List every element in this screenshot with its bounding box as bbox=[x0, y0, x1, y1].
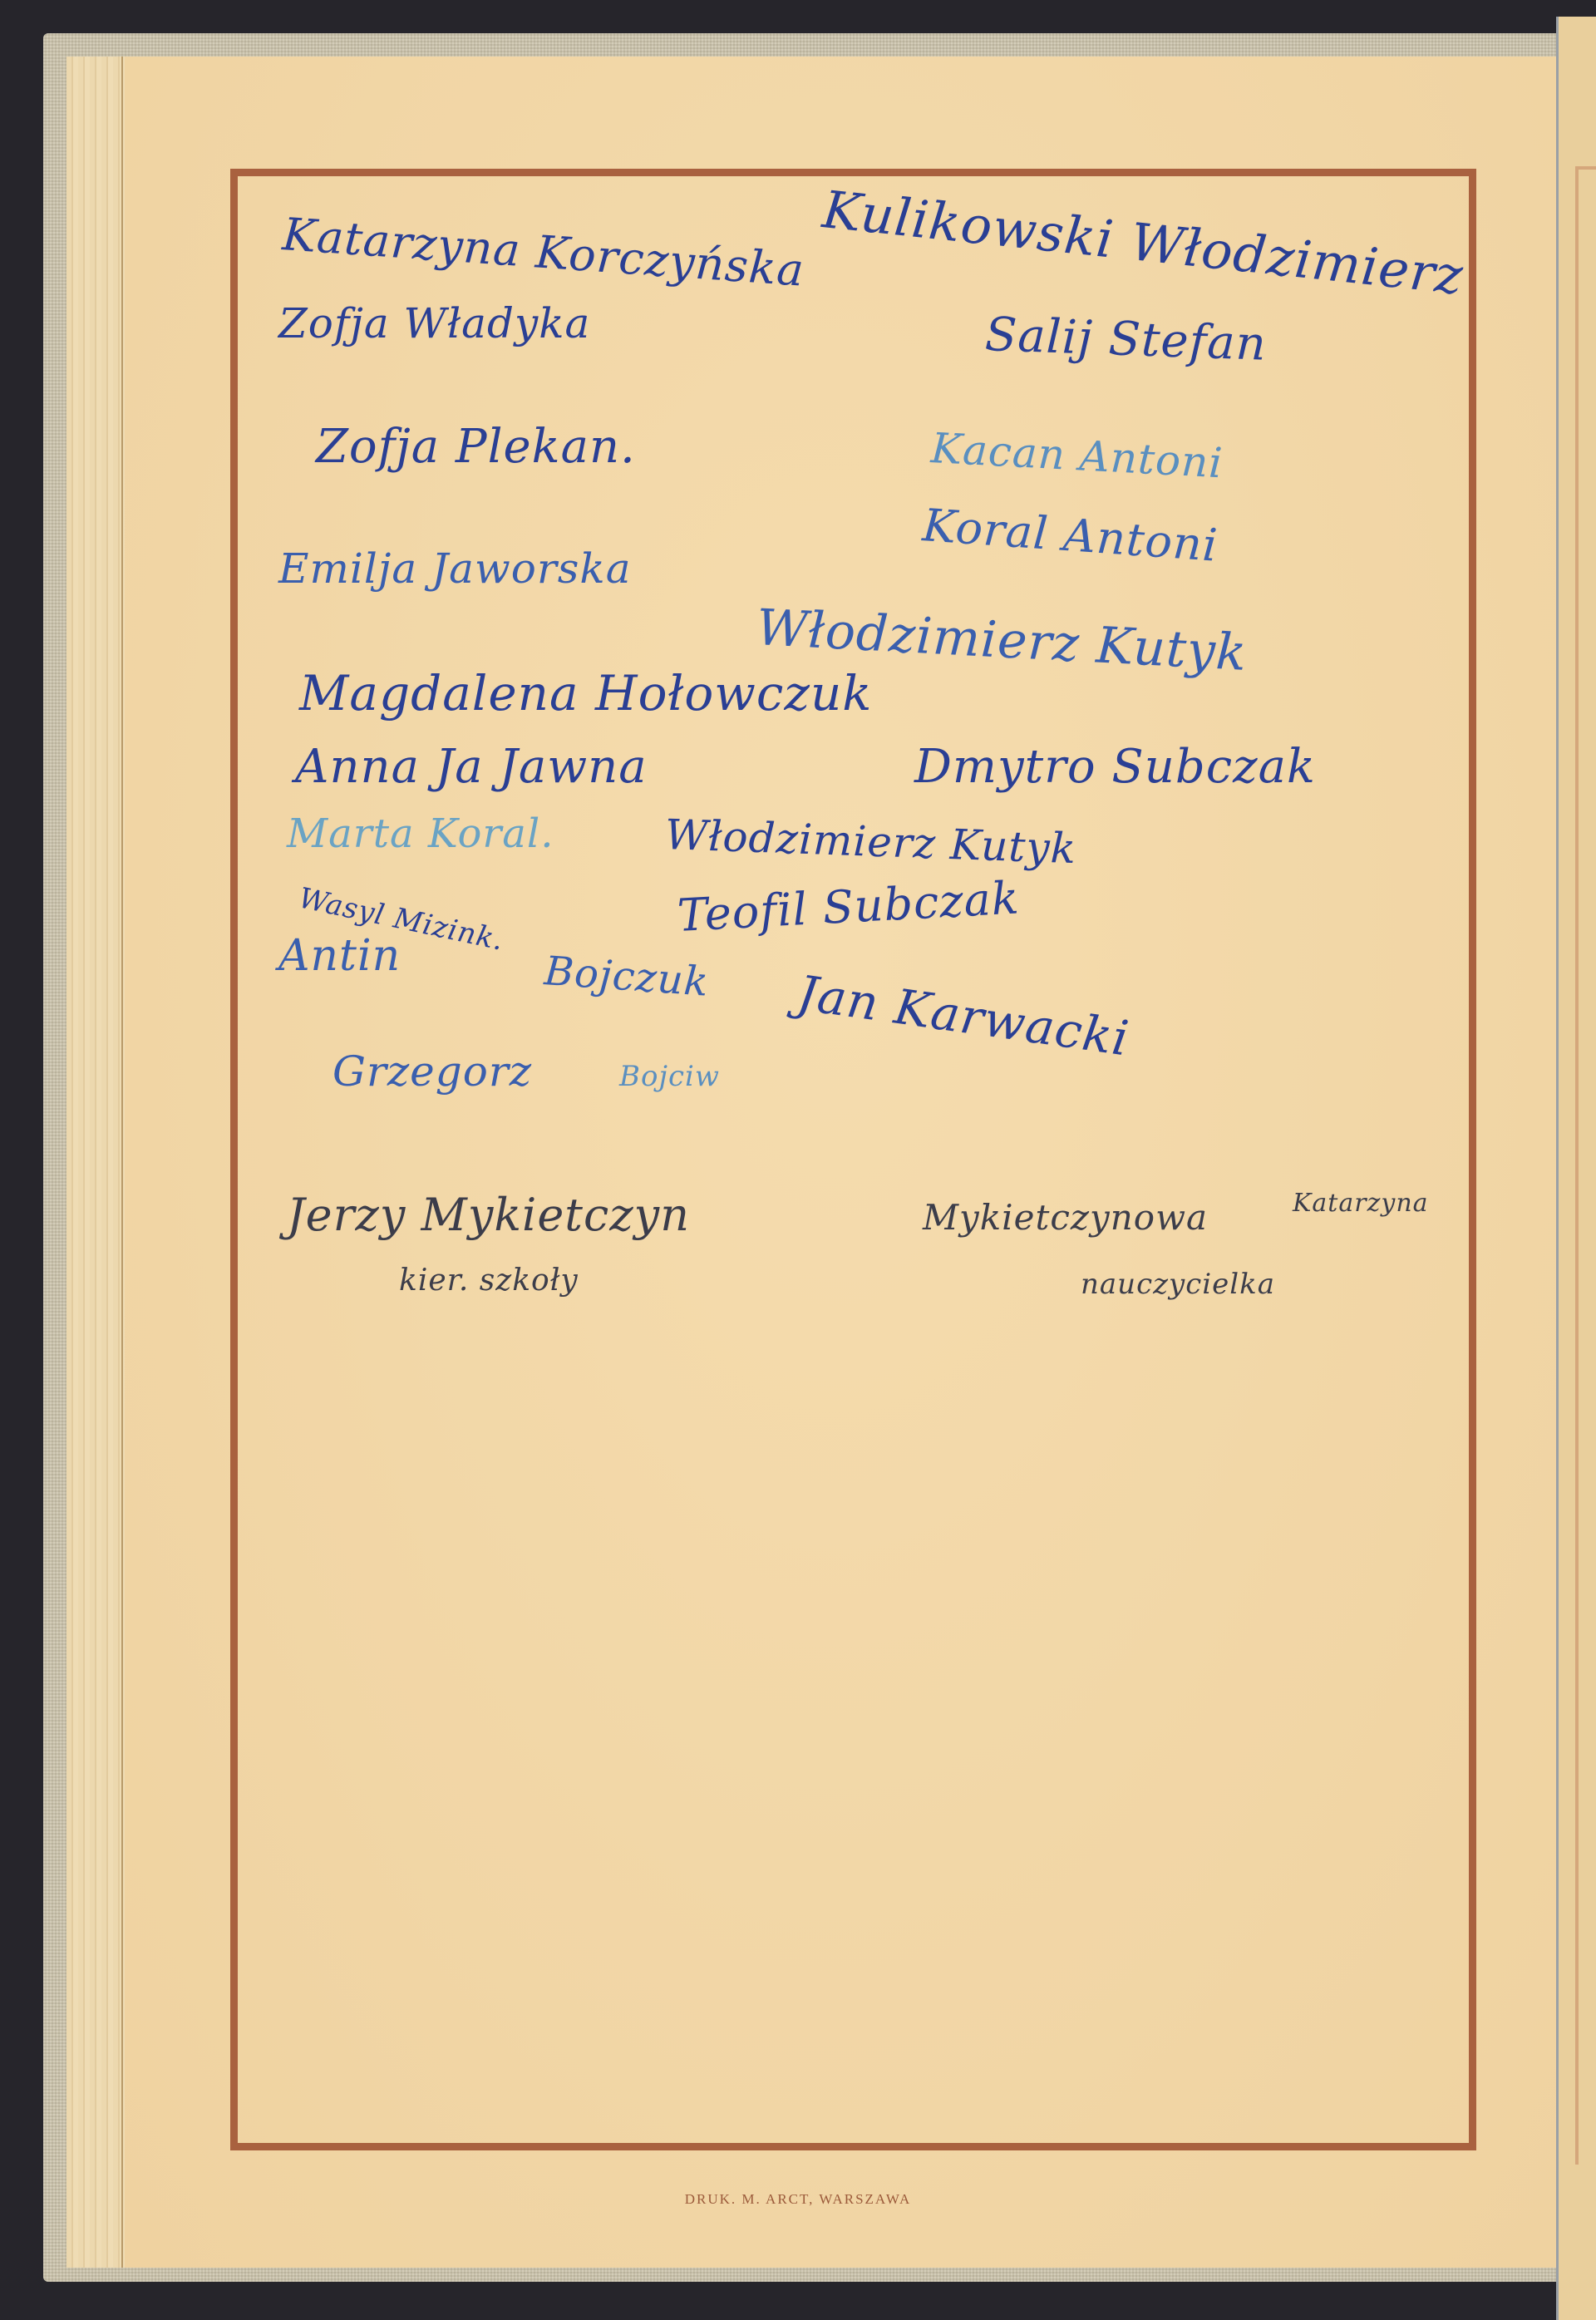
adjacent-page-frame-fragment bbox=[1575, 166, 1596, 2165]
handwritten-signature: Emilja Jaworska bbox=[278, 544, 632, 593]
adjacent-page-edge bbox=[1556, 17, 1596, 2320]
handwritten-signature: Grzegorz bbox=[332, 1047, 532, 1096]
handwritten-signature: nauczycielka bbox=[1081, 1268, 1275, 1301]
page-crease bbox=[121, 57, 123, 2268]
handwritten-signature: Salij Stefan bbox=[984, 308, 1268, 372]
handwritten-signature: Jerzy Mykietczyn bbox=[287, 1189, 690, 1241]
printer-imprint: DRUK. M. ARCT, WARSZAWA bbox=[0, 2191, 1596, 2208]
handwritten-signature: Anna Ja Jawna bbox=[295, 740, 648, 794]
handwritten-signature: Magdalena Hołowczuk bbox=[299, 665, 872, 722]
handwritten-signature: Antin bbox=[278, 931, 401, 981]
handwritten-signature: Zofja Władyka bbox=[278, 299, 590, 347]
handwritten-signature: Bojciw bbox=[619, 1060, 720, 1093]
page-edges bbox=[66, 57, 131, 2268]
handwritten-signature: Zofja Plekan. bbox=[316, 420, 636, 474]
handwritten-signature: Mykietczynowa bbox=[923, 1197, 1208, 1238]
handwritten-signature: Marta Koral. bbox=[287, 810, 554, 857]
handwritten-signature: Katarzyna bbox=[1293, 1189, 1429, 1218]
handwritten-signature: kier. szkoły bbox=[399, 1263, 579, 1298]
handwritten-signature: Dmytro Subczak bbox=[914, 740, 1316, 794]
